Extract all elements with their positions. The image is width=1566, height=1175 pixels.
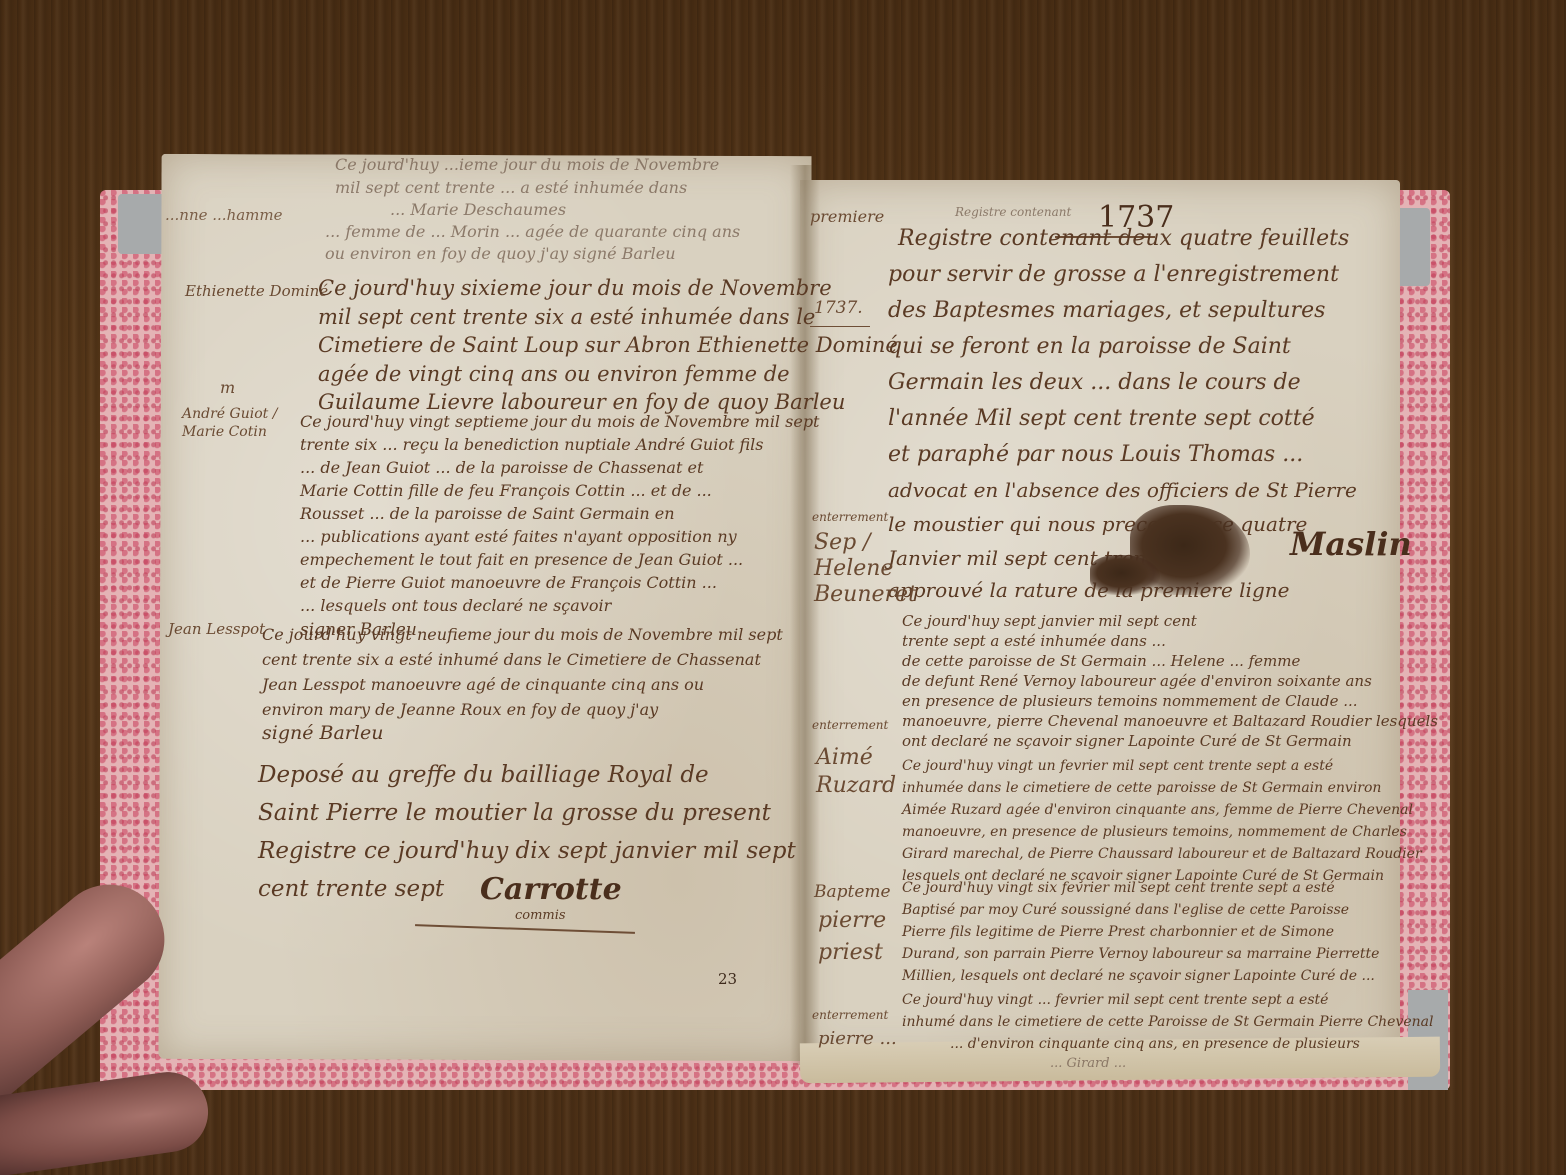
title-line: et paraphé par nous Louis Thomas ...: [888, 442, 1303, 467]
entry-line: ... publications ayant esté faites n'aya…: [300, 527, 737, 546]
entry-line: Marie Cottin fille de feu François Cotti…: [300, 481, 712, 500]
title-line: des Baptesmes mariages, et sepultures: [888, 298, 1325, 323]
entry-line: trente six ... reçu la benediction nupti…: [300, 435, 763, 454]
margin-name: Sep / Helene Beuneret: [814, 530, 894, 608]
entry-line: Rousset ... de la paroisse de Saint Germ…: [300, 504, 675, 523]
entry-line: ... lesquels ont tous declaré ne sçavoir: [300, 596, 611, 615]
margin-name: Jean Lesspot: [168, 620, 265, 638]
title-line: l'année Mil sept cent trente sept cotté: [888, 406, 1315, 431]
entry-line: ... de Jean Guiot ... de la paroisse de …: [300, 458, 703, 477]
margin-year: 1737.: [814, 298, 863, 318]
margin-name: pierre priest: [818, 905, 898, 969]
entry-line: en presence de plusieurs temoins nommeme…: [902, 692, 1358, 710]
entry-line: trente sept a esté inhumée dans ...: [902, 632, 1166, 650]
entry-line: Ce jourd'huy vingt un fevrier mil sept c…: [902, 758, 1333, 774]
margin-mark: m: [220, 378, 235, 397]
entry-line: Ce jourd'huy sixieme jour du mois de Nov…: [318, 276, 832, 300]
entry-line: Ce jourd'huy vingt neufieme jour du mois…: [262, 625, 783, 644]
title-line: Registre contenant deux quatre feuillets: [898, 226, 1349, 251]
entry-line: de cette paroisse de St Germain ... Hele…: [902, 652, 1300, 670]
margin-type: enterrement: [812, 510, 888, 524]
entry-line: Baptisé par moy Curé soussigné dans l'eg…: [902, 902, 1349, 918]
entry-line: agée de vingt cinq ans ou environ femme …: [318, 362, 790, 386]
margin-rule: [810, 326, 870, 327]
clerk-signature: Carrotte: [480, 872, 622, 907]
deposit-line: Deposé au greffe du bailliage Royal de: [258, 762, 709, 788]
entry-line: Ce jourd'huy vingt septieme jour du mois…: [300, 412, 819, 431]
entry-line: Ce jourd'huy ...ieme jour du mois de Nov…: [335, 155, 719, 174]
entry-line: de defunt René Vernoy laboureur agée d'e…: [902, 672, 1372, 690]
title-line: qui se feront en la paroisse de Saint: [888, 334, 1291, 359]
entry-line: Pierre fils legitime de Pierre Prest cha…: [902, 924, 1334, 940]
ink-stain: [1090, 555, 1160, 595]
entry-line: inhumée dans le cimetiere de cette paroi…: [902, 780, 1381, 796]
entry-line: Jean Lesspot manoeuvre agé de cinquante …: [262, 675, 704, 694]
margin-name: Ethienette Dominé: [185, 282, 328, 300]
margin-name: Aimé Ruzard: [816, 744, 896, 800]
title-line: Germain les deux ... dans le cours de: [888, 370, 1301, 395]
entry-line: et de Pierre Guiot manoeuvre de François…: [300, 573, 717, 592]
entry-line: ... femme de ... Morin ... agée de quara…: [325, 222, 740, 241]
entry-line: mil sept cent trente six a esté inhumée …: [318, 305, 815, 329]
page-number: 23: [718, 970, 737, 988]
entry-line: Guilaume Lievre laboureur en foy de quoy…: [318, 390, 845, 414]
entry-line: cent trente six a esté inhumé dans le Ci…: [262, 650, 761, 669]
margin-type: Bapteme: [814, 882, 891, 902]
entry-line: Ce jourd'huy vingt six fevrier mil sept …: [902, 880, 1335, 896]
title-line: advocat en l'absence des officiers de St…: [888, 478, 1357, 502]
entry-line: Girard marechal, de Pierre Chaussard lab…: [902, 846, 1422, 862]
title-line: le moustier qui nous precedent ce quatre: [888, 512, 1307, 536]
entry-line: Aimée Ruzard agée d'environ cinquante an…: [902, 802, 1413, 818]
margin-name: André Guiot / Marie Cotin: [182, 405, 292, 441]
entry-line: ou environ en foy de quoy j'ay signé Bar…: [325, 244, 676, 263]
margin-type: enterrement: [812, 718, 888, 732]
margin-name: pierre ...: [818, 1028, 897, 1049]
entry-line: ont declaré ne sçavoir signer Lapointe C…: [902, 732, 1352, 750]
entry-line: Cimetiere de Saint Loup sur Abron Ethien…: [318, 333, 898, 357]
entry-line: environ mary de Jeanne Roux en foy de qu…: [262, 700, 658, 719]
small-header: Registre contenant: [955, 205, 1071, 219]
entry-line: inhumé dans le cimetiere de cette Parois…: [902, 1014, 1434, 1030]
entry-line: manoeuvre, pierre Chevenal manoeuvre et …: [902, 712, 1438, 730]
entry-line: Millien, lesquels ont declaré ne sçavoir…: [902, 968, 1375, 984]
entry-line: empechement le tout fait en presence de …: [300, 550, 743, 569]
margin-type: enterrement: [812, 1008, 888, 1022]
entry-line: manoeuvre, en presence de plusieurs temo…: [902, 824, 1407, 840]
entry-line: ... d'environ cinquante cinq ans, en pre…: [950, 1036, 1360, 1052]
entry-line: mil sept cent trente ... a esté inhumée …: [335, 178, 687, 197]
margin-name: ...nne ...hamme: [165, 206, 283, 224]
entry-line: Durand, son parrain Pierre Vernoy labour…: [902, 946, 1379, 962]
top-margin-note: premiere: [810, 207, 884, 226]
official-signature: Maslin: [1290, 525, 1412, 563]
entry-signature: signé Barleu: [262, 722, 383, 744]
entry-line: Ce jourd'huy sept janvier mil sept cent: [902, 612, 1197, 630]
entry-line: ... Marie Deschaumes: [390, 200, 566, 219]
deposit-line: cent trente sept: [258, 876, 444, 902]
deposit-line: Saint Pierre le moutier la grosse du pre…: [258, 800, 771, 826]
entry-line: Ce jourd'huy vingt ... fevrier mil sept …: [902, 992, 1328, 1008]
title-line: pour servir de grosse a l'enregistrement: [888, 262, 1339, 287]
deposit-line: Registre ce jourd'huy dix sept janvier m…: [258, 838, 796, 864]
entry-line: ... Girard ...: [1050, 1056, 1126, 1071]
clerk-title: commis: [515, 908, 566, 923]
